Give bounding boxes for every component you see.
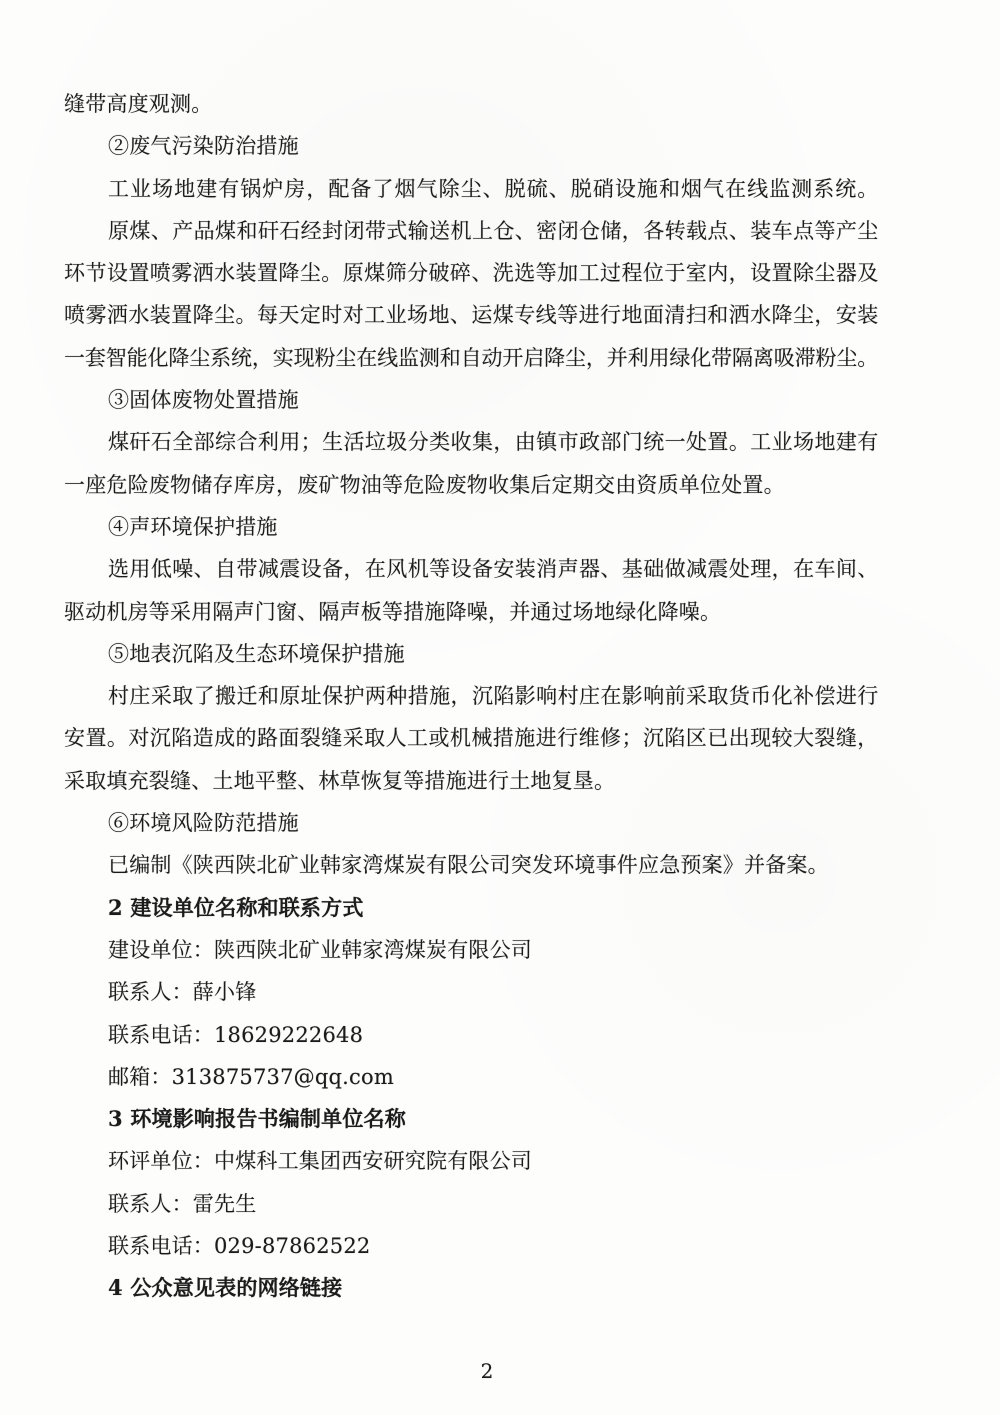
paragraph-line: 安置。对沉陷造成的路面裂缝采取人工或机械措施进行维修；沉陷区已出现较大裂缝， xyxy=(64,717,878,759)
section-heading: 2 建设单位名称和联系方式 xyxy=(64,887,878,929)
contact-line: 邮箱：313875737@qq.com xyxy=(64,1056,878,1098)
contact-line: 联系人：雷先生 xyxy=(64,1183,878,1225)
contact-line: 建设单位：陕西陕北矿业韩家湾煤炭有限公司 xyxy=(64,929,878,971)
contact-line: 联系人：薛小锋 xyxy=(64,971,878,1013)
paragraph-line: 煤矸石全部综合利用；生活垃圾分类收集，由镇市政部门统一处置。工业场地建有 xyxy=(64,421,878,463)
subsection-heading: ⑤地表沉陷及生态环境保护措施 xyxy=(64,633,878,675)
section-heading: 3 环境影响报告书编制单位名称 xyxy=(64,1098,878,1140)
section-heading: 4 公众意见表的网络链接 xyxy=(64,1267,878,1309)
paragraph-line: 一套智能化降尘系统，实现粉尘在线监测和自动开启降尘，并利用绿化带隔离吸滞粉尘。 xyxy=(64,337,878,379)
subsection-heading: ③固体废物处置措施 xyxy=(64,379,878,421)
paragraph-line: 采取填充裂缝、土地平整、林草恢复等措施进行土地复垦。 xyxy=(64,760,878,802)
paragraph-line: 环节设置喷雾洒水装置降尘。原煤筛分破碎、洗选等加工过程位于室内，设置除尘器及 xyxy=(64,252,878,294)
paragraph-line: 缝带高度观测。 xyxy=(64,83,878,125)
contact-line: 联系电话：029-87862522 xyxy=(64,1225,878,1267)
paragraph-line: 村庄采取了搬迁和原址保护两种措施，沉陷影响村庄在影响前采取货币化补偿进行 xyxy=(64,675,878,717)
paragraph-line: 喷雾洒水装置降尘。每天定时对工业场地、运煤专线等进行地面清扫和洒水降尘，安装 xyxy=(64,294,878,336)
paragraph-line: 一座危险废物储存库房，废矿物油等危险废物收集后定期交由资质单位处置。 xyxy=(64,464,878,506)
page-number: 2 xyxy=(0,1356,974,1386)
paragraph-line: 已编制《陕西陕北矿业韩家湾煤炭有限公司突发环境事件应急预案》并备案。 xyxy=(64,844,878,886)
subsection-heading: ④声环境保护措施 xyxy=(64,506,878,548)
contact-line: 环评单位：中煤科工集团西安研究院有限公司 xyxy=(64,1140,878,1182)
subsection-heading: ⑥环境风险防范措施 xyxy=(64,802,878,844)
subsection-heading: ②废气污染防治措施 xyxy=(64,125,878,167)
paragraph-line: 原煤、产品煤和矸石经封闭带式输送机上仓、密闭仓储，各转载点、装车点等产尘 xyxy=(64,210,878,252)
paragraph-line: 选用低噪、自带减震设备，在风机等设备安装消声器、基础做减震处理，在车间、 xyxy=(64,548,878,590)
page-content: 缝带高度观测。 ②废气污染防治措施 工业场地建有锅炉房，配备了烟气除尘、脱硫、脱… xyxy=(64,83,878,1310)
scanned-document-page: 缝带高度观测。 ②废气污染防治措施 工业场地建有锅炉房，配备了烟气除尘、脱硫、脱… xyxy=(0,0,1000,1415)
paragraph-line: 工业场地建有锅炉房，配备了烟气除尘、脱硫、脱硝设施和烟气在线监测系统。 xyxy=(64,168,878,210)
contact-line: 联系电话：18629222648 xyxy=(64,1014,878,1056)
paragraph-line: 驱动机房等采用隔声门窗、隔声板等措施降噪，并通过场地绿化降噪。 xyxy=(64,591,878,633)
